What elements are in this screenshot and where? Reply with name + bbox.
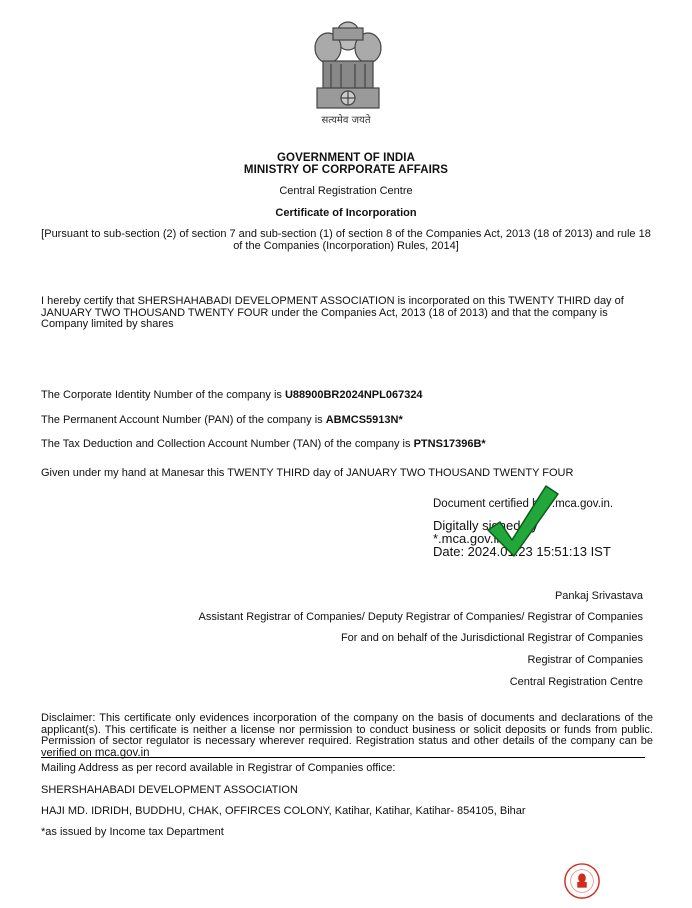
pan-label: The Permanent Account Number (PAN) of th… <box>41 414 326 426</box>
national-emblem-icon <box>303 6 393 126</box>
ministry-heading: MINISTRY OF CORPORATE AFFAIRS <box>0 164 692 176</box>
tan-value: PTNS17396B* <box>414 438 486 450</box>
income-tax-footnote: *as issued by Income tax Department <box>41 826 224 838</box>
cin-value: U88900BR2024NPL067324 <box>285 389 423 401</box>
pan-value: ABMCS5913N* <box>326 414 403 426</box>
pan-line: The Permanent Account Number (PAN) of th… <box>41 414 403 426</box>
tan-label: The Tax Deduction and Collection Account… <box>41 438 414 450</box>
registrar-name: Pankaj Srivastava <box>555 590 643 602</box>
centre-name: Central Registration Centre <box>0 185 692 197</box>
certification-text: I hereby certify that SHERSHAHABADI DEVE… <box>41 296 653 331</box>
registrar-on-behalf: For and on behalf of the Jurisdictional … <box>341 632 643 644</box>
mca-seal-icon <box>563 862 601 900</box>
cin-line: The Corporate Identity Number of the com… <box>41 389 423 401</box>
divider <box>41 757 645 758</box>
registrar-designation: Assistant Registrar of Companies/ Deputy… <box>199 611 643 623</box>
emblem-motto: सत्यमेव जयते <box>300 112 392 126</box>
registrar-centre: Central Registration Centre <box>510 676 643 688</box>
government-heading: GOVERNMENT OF INDIA <box>0 152 692 164</box>
pursuant-clause: [Pursuant to sub-section (2) of section … <box>40 229 652 252</box>
tan-line: The Tax Deduction and Collection Account… <box>41 438 486 450</box>
mailing-company: SHERSHAHABADI DEVELOPMENT ASSOCIATION <box>41 784 298 796</box>
mailing-heading: Mailing Address as per record available … <box>41 762 395 774</box>
registrar-office: Registrar of Companies <box>527 654 643 666</box>
disclaimer: Disclaimer: This certificate only eviden… <box>41 713 653 759</box>
mailing-address: HAJI MD. IDRIDH, BUDDHU, CHAK, OFFIRCES … <box>41 805 526 817</box>
green-check-icon <box>480 478 560 558</box>
cin-label: The Corporate Identity Number of the com… <box>41 389 285 401</box>
certificate-title: Certificate of Incorporation <box>0 207 692 219</box>
